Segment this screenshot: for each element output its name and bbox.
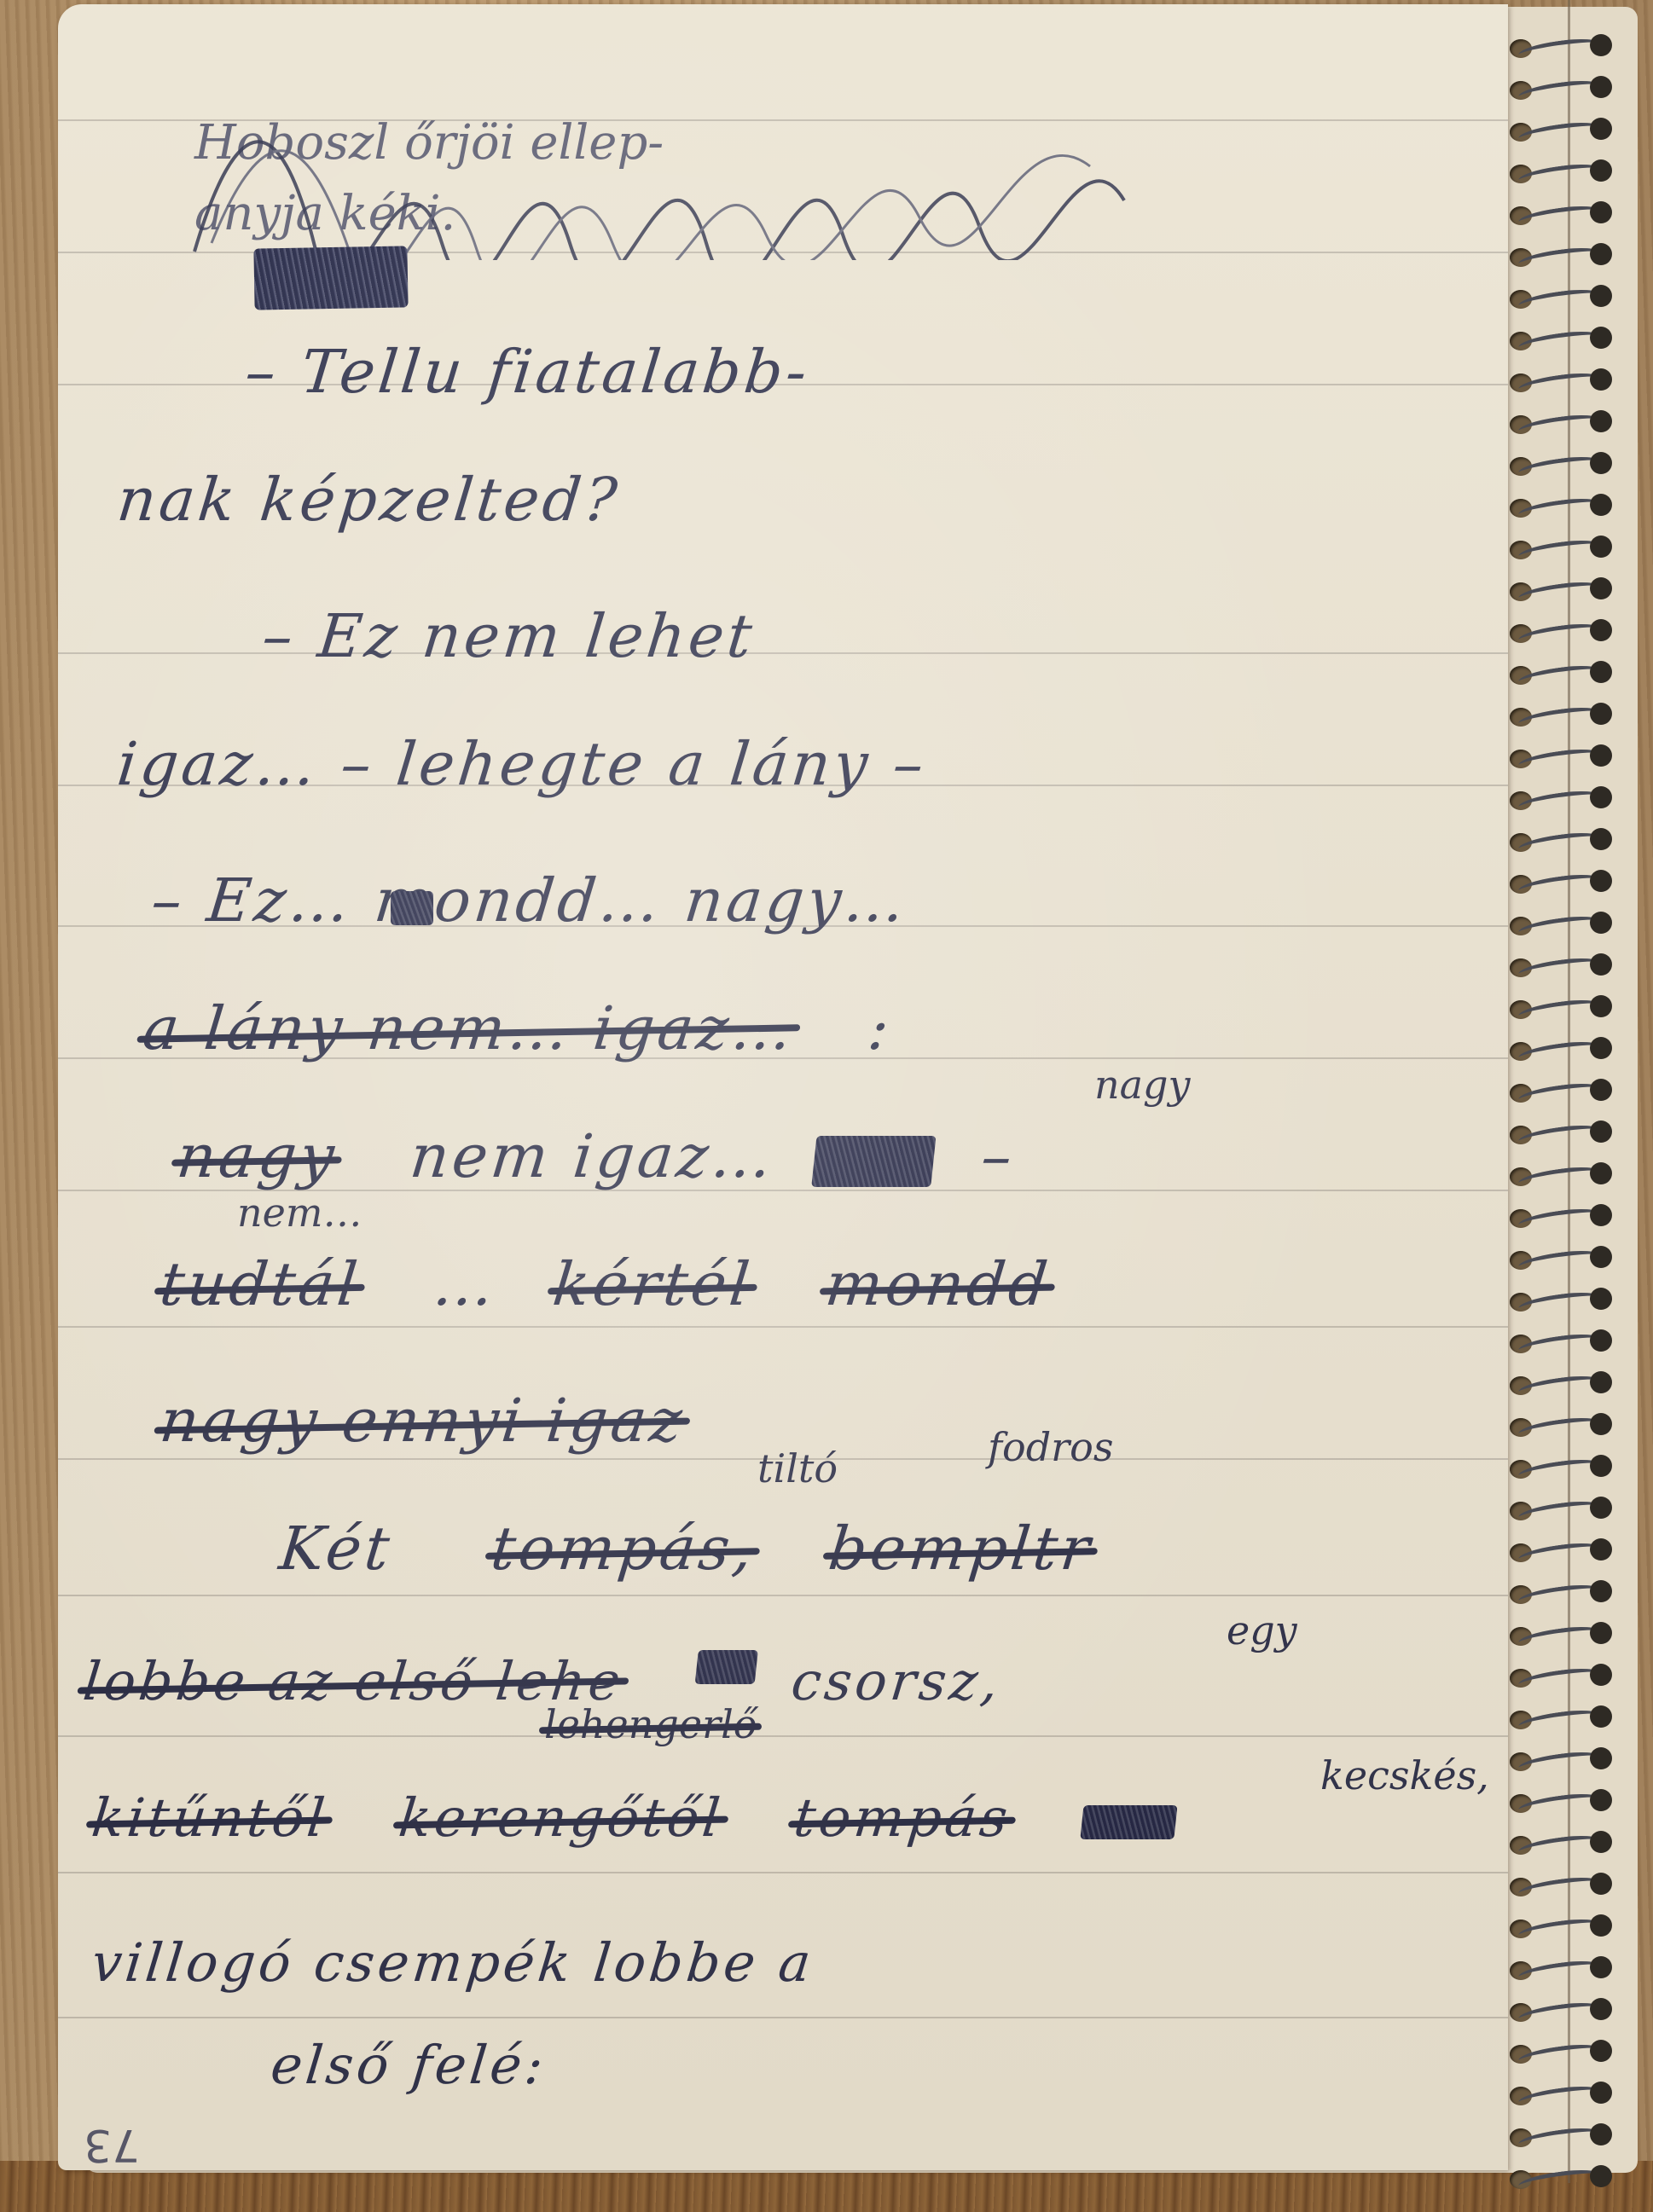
spiral-coil-icon	[1510, 2165, 1612, 2189]
spiral-coil-icon	[1510, 1956, 1612, 1980]
spiral-coil-icon	[1510, 953, 1612, 977]
spiral-coil-icon	[1510, 1705, 1612, 1729]
spiral-coil-icon	[1510, 1998, 1612, 2022]
spiral-coil-icon	[1510, 995, 1612, 1019]
struck-text: a lány nem… igaz…	[140, 993, 799, 1063]
spiral-coil-icon	[1510, 2123, 1612, 2147]
spiral-coil-icon	[1510, 494, 1612, 518]
ruled-line	[58, 1872, 1508, 1873]
text-line-5: – Ez… mondd… nagy…	[148, 866, 912, 935]
text-line-6: a lány nem… igaz… :	[140, 993, 896, 1063]
spiral-coil-icon	[1510, 703, 1612, 727]
spiral-coil-icon	[1510, 410, 1612, 434]
spiral-coil-icon	[1510, 2082, 1612, 2105]
spiral-coil-icon	[1510, 368, 1612, 392]
spiral-coil-icon	[1510, 2040, 1612, 2064]
struck-text: nagy ennyi igaz	[157, 1386, 689, 1456]
spiral-coil-icon	[1510, 159, 1612, 183]
spiral-coil-icon	[1510, 1162, 1612, 1186]
zigzag-strikeout	[186, 98, 1192, 260]
scribbled-out-block	[253, 246, 408, 310]
scribble-mark	[811, 1136, 936, 1187]
spiral-coil-icon	[1510, 1914, 1612, 1938]
struck-text: kerengőtől	[396, 1786, 726, 1849]
text-line-2: nak képzelted?	[114, 465, 623, 535]
spiral-coil-icon	[1510, 1831, 1612, 1855]
text-line-11: lobbe az első lehe csorsz,	[80, 1650, 1005, 1712]
struck-text: tompás	[791, 1786, 1013, 1849]
spiral-coil-icon	[1510, 34, 1612, 58]
spiral-coil-icon	[1510, 1246, 1612, 1270]
scribble-mark	[1080, 1805, 1177, 1839]
spiral-coil-icon	[1510, 1204, 1612, 1228]
spiral-coil-icon	[1510, 1120, 1612, 1144]
text-line-7: nagy nem igaz… –	[174, 1121, 1019, 1191]
spiral-coil-icon	[1510, 828, 1612, 852]
insertion-right: kecskés,	[1320, 1752, 1489, 1798]
spiral-coil-icon	[1510, 1580, 1612, 1604]
spiral-coil-icon	[1510, 912, 1612, 935]
text-line-13: villogó csempék lobbe a	[89, 1931, 817, 1994]
spiral-coil-icon	[1510, 1664, 1612, 1688]
text-line-8: tudtál … kértél mondd	[157, 1249, 1105, 1319]
insertion-above: tiltó	[757, 1445, 838, 1491]
text-line-14: első felé:	[268, 2034, 549, 2096]
spiral-coil-icon	[1510, 1329, 1612, 1353]
ruled-line	[58, 2017, 1508, 2018]
spiral-coil-icon	[1510, 1747, 1612, 1771]
spiral-coil-icon	[1510, 577, 1612, 601]
spiral-coil-icon	[1510, 1079, 1612, 1103]
spiral-coil-icon	[1510, 1873, 1612, 1896]
spiral-coil-icon	[1510, 1538, 1612, 1562]
spiral-coil-icon	[1510, 1288, 1612, 1312]
text-line-4: igaz… – lehegte a lány –	[114, 729, 931, 799]
struck-insertion: lehengerlő	[544, 1701, 808, 1747]
insertion-above: nagy	[1094, 1062, 1190, 1108]
scribble-mark	[391, 891, 433, 925]
struck-text: nagy	[174, 1121, 341, 1191]
spiral-coil-icon	[1510, 285, 1612, 309]
text-line-12: kitűntől kerengőtől tompás	[89, 1786, 1179, 1849]
spiral-coil-icon	[1510, 536, 1612, 559]
struck-text: tudtál	[157, 1249, 364, 1319]
text-line-9: nagy ennyi igaz	[157, 1386, 740, 1456]
spiral-coil-icon	[1510, 118, 1612, 142]
struck-text: bempltr	[826, 1514, 1097, 1584]
insertion-above: egy	[1227, 1607, 1297, 1653]
insertion-above: fodros	[988, 1424, 1113, 1470]
struck-text: mondd	[822, 1249, 1054, 1319]
spiral-coil-icon	[1510, 1455, 1612, 1479]
spiral-coil-icon	[1510, 452, 1612, 476]
spiral-binding	[1510, 17, 1621, 2192]
spiral-coil-icon	[1510, 201, 1612, 225]
spiral-coil-icon	[1510, 327, 1612, 350]
spiral-coil-icon	[1510, 1497, 1612, 1520]
insertion-above: nem…	[237, 1190, 362, 1236]
struck-text: kitűntől	[89, 1786, 331, 1849]
scribble-mark	[694, 1650, 757, 1684]
ruled-line	[58, 1595, 1508, 1596]
spiral-coil-icon	[1510, 744, 1612, 768]
struck-text: tompás,	[488, 1514, 759, 1584]
page-number: 73	[84, 2119, 140, 2170]
spiral-coil-icon	[1510, 1789, 1612, 1813]
spiral-coil-icon	[1510, 1371, 1612, 1395]
spiral-coil-icon	[1510, 1622, 1612, 1646]
text-line-3: – Ez nem lehet	[259, 601, 759, 671]
struck-text: kértél	[550, 1249, 757, 1319]
spiral-coil-icon	[1510, 1037, 1612, 1061]
spiral-coil-icon	[1510, 661, 1612, 685]
notebook-page: Hoboszl őrjöi ellep- anyja kéki. – Tellu…	[58, 4, 1508, 2170]
spiral-coil-icon	[1510, 1413, 1612, 1437]
spiral-coil-icon	[1510, 786, 1612, 810]
text-line-10: Két tompás, bempltr	[276, 1514, 1148, 1584]
spiral-coil-icon	[1510, 243, 1612, 267]
ruled-line	[58, 1326, 1508, 1328]
spiral-coil-icon	[1510, 870, 1612, 894]
text-line-1: – Tellu fiatalabb-	[242, 337, 814, 407]
spiral-coil-icon	[1510, 619, 1612, 643]
spiral-coil-icon	[1510, 76, 1612, 100]
